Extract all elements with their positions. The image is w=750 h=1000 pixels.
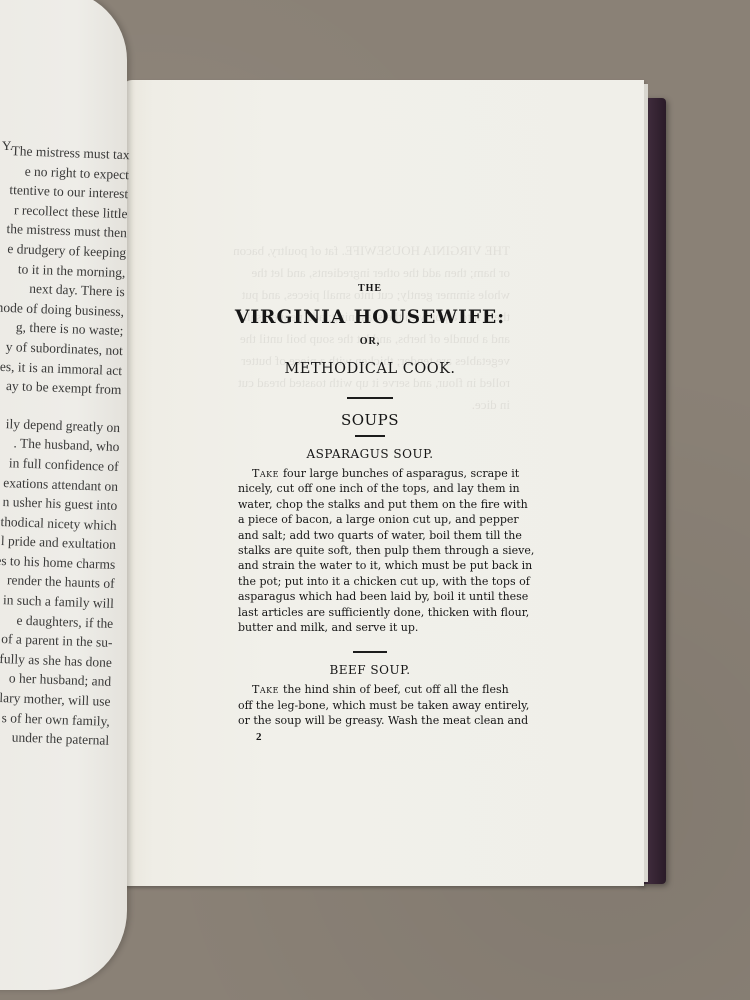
text-line: water, chop the stalks and put them on t… bbox=[238, 497, 502, 512]
line-text: nicely, cut off one inch of the tops, an… bbox=[238, 482, 520, 495]
text-line: asparagus which had been laid by, boil i… bbox=[238, 589, 502, 604]
recipe-title: BEEF SOUP. bbox=[238, 663, 502, 677]
book-subtitle: METHODICAL COOK. bbox=[238, 361, 502, 377]
line-text: off the leg-bone, which must be taken aw… bbox=[238, 699, 529, 712]
divider-rule bbox=[353, 651, 387, 653]
line-text: or the soup will be greasy. Wash the mea… bbox=[238, 714, 528, 727]
lead-word: Take bbox=[252, 683, 283, 696]
title-the: THE bbox=[238, 283, 502, 294]
recipe-body: Take the hind shin of beef, cut off all … bbox=[238, 682, 502, 728]
line-text: four large bunches of asparagus, scrape … bbox=[283, 467, 519, 480]
book-title: VIRGINIA HOUSEWIFE: bbox=[229, 306, 511, 328]
line-text: stalks are quite soft, then pulp them th… bbox=[238, 544, 534, 557]
title-or: OR, bbox=[238, 336, 502, 347]
divider-rule bbox=[347, 397, 393, 399]
line-text: and salt; add two quarts of water, boil … bbox=[238, 529, 522, 542]
line-text: a piece of bacon, a large onion cut up, … bbox=[238, 513, 519, 526]
line-text: water, chop the stalks and put them on t… bbox=[238, 498, 528, 511]
text-line: the pot; put into it a chicken cut up, w… bbox=[238, 574, 502, 589]
text-line: and salt; add two quarts of water, boil … bbox=[238, 528, 502, 543]
line-text: the hind shin of beef, cut off all the f… bbox=[283, 683, 509, 696]
recipe-body: Take four large bunches of asparagus, sc… bbox=[238, 466, 502, 635]
text-line: off the leg-bone, which must be taken aw… bbox=[238, 698, 502, 713]
left-page-text: The mistress must taxe no right to expec… bbox=[0, 140, 130, 751]
right-page-content: THE VIRGINIA HOUSEWIFE: OR, METHODICAL C… bbox=[238, 283, 502, 743]
text-line: Take the hind shin of beef, cut off all … bbox=[238, 682, 502, 697]
text-line: stalks are quite soft, then pulp them th… bbox=[238, 543, 502, 558]
lead-word: Take bbox=[252, 467, 283, 480]
text-line: and strain the water to it, which must b… bbox=[238, 558, 502, 573]
divider-rule bbox=[355, 435, 385, 437]
line-text: the pot; put into it a chicken cut up, w… bbox=[238, 575, 530, 588]
text-line: ay to be exempt from bbox=[0, 375, 122, 400]
line-text: asparagus which had been laid by, boil i… bbox=[238, 590, 528, 603]
section-heading: SOUPS bbox=[238, 411, 502, 429]
text-line: Take four large bunches of asparagus, sc… bbox=[238, 466, 502, 481]
page-number: 2 bbox=[238, 731, 502, 743]
text-line: last articles are sufficiently done, thi… bbox=[238, 605, 502, 620]
line-text: butter and milk, and serve it up. bbox=[238, 621, 418, 634]
text-line: or the soup will be greasy. Wash the mea… bbox=[238, 713, 502, 728]
text-line: a piece of bacon, a large onion cut up, … bbox=[238, 512, 502, 527]
text-line: nicely, cut off one inch of the tops, an… bbox=[238, 481, 502, 496]
recipe-title: ASPARAGUS SOUP. bbox=[238, 447, 502, 461]
line-text: last articles are sufficiently done, thi… bbox=[238, 606, 529, 619]
line-text: and strain the water to it, which must b… bbox=[238, 559, 532, 572]
text-line: under the paternal bbox=[0, 726, 109, 751]
text-line: butter and milk, and serve it up. bbox=[238, 620, 502, 635]
